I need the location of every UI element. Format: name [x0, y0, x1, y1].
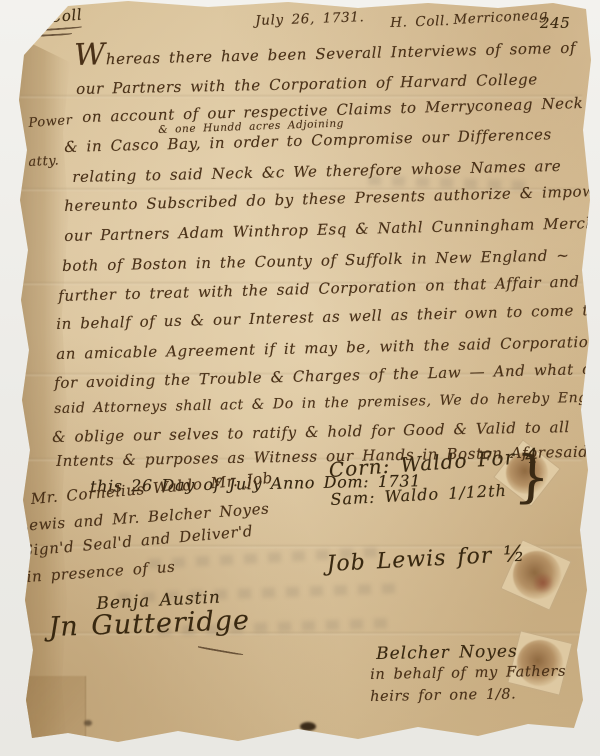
ink-blot [84, 720, 92, 726]
header-date: July 26, 1731. [255, 9, 365, 29]
archive-mark-underline [34, 33, 72, 37]
body-line: our Partners Adam Winthrop Esq & Nathl C… [64, 214, 600, 245]
scan-background: H.Coll July 26, 1731. H. Coll. Merricone… [0, 0, 600, 756]
body-line: our Partners with the Corporation of Har… [76, 70, 538, 98]
header-place-label: Merriconeag [453, 7, 548, 28]
corner-fold [22, 676, 86, 740]
archive-mark-underline [30, 26, 82, 32]
body-line: & oblige our selves to ratify & hold for… [52, 418, 570, 446]
belcher-noyes-note-line2: in behalf of my Fathers [370, 664, 566, 683]
manuscript-page: H.Coll July 26, 1731. H. Coll. Merricone… [8, 0, 596, 744]
belcher-noyes-note-line3: heirs for one 1/8. [370, 686, 516, 705]
body-line: Whereas there have been Severall Intervi… [74, 32, 576, 69]
signature-flourish [198, 646, 244, 656]
body-line: an amicable Agreement if it may be, with… [56, 333, 599, 363]
ink-blot [300, 722, 316, 731]
header-page-number: 245 [540, 14, 570, 32]
body-line: both of Boston in the County of Suffolk … [62, 246, 570, 275]
signature-brace: } [513, 444, 553, 511]
body-line: in behalf of us & our Interest as well a… [56, 301, 599, 333]
header-archive-mark-right: H. Coll. [390, 13, 450, 31]
body-line: hereunto Subscribed do by these Presents… [64, 182, 600, 215]
wax-seal-red-tinge [532, 570, 554, 596]
witness-signature-john-gutteridge: Jn Gutteridge [48, 605, 250, 643]
body-line: for avoiding the Trouble & Charges of th… [54, 359, 600, 392]
body-line: said Attorneys shall act & Do in the pre… [54, 389, 600, 417]
margin-note-line2: atty. [28, 153, 60, 170]
signature-belcher-noyes: Belcher Noyes [376, 642, 518, 664]
header-archive-mark-left: H.Coll [30, 6, 83, 28]
margin-note-line1: Power [28, 113, 73, 131]
body-line: further to treat with the said Corporati… [58, 272, 580, 305]
